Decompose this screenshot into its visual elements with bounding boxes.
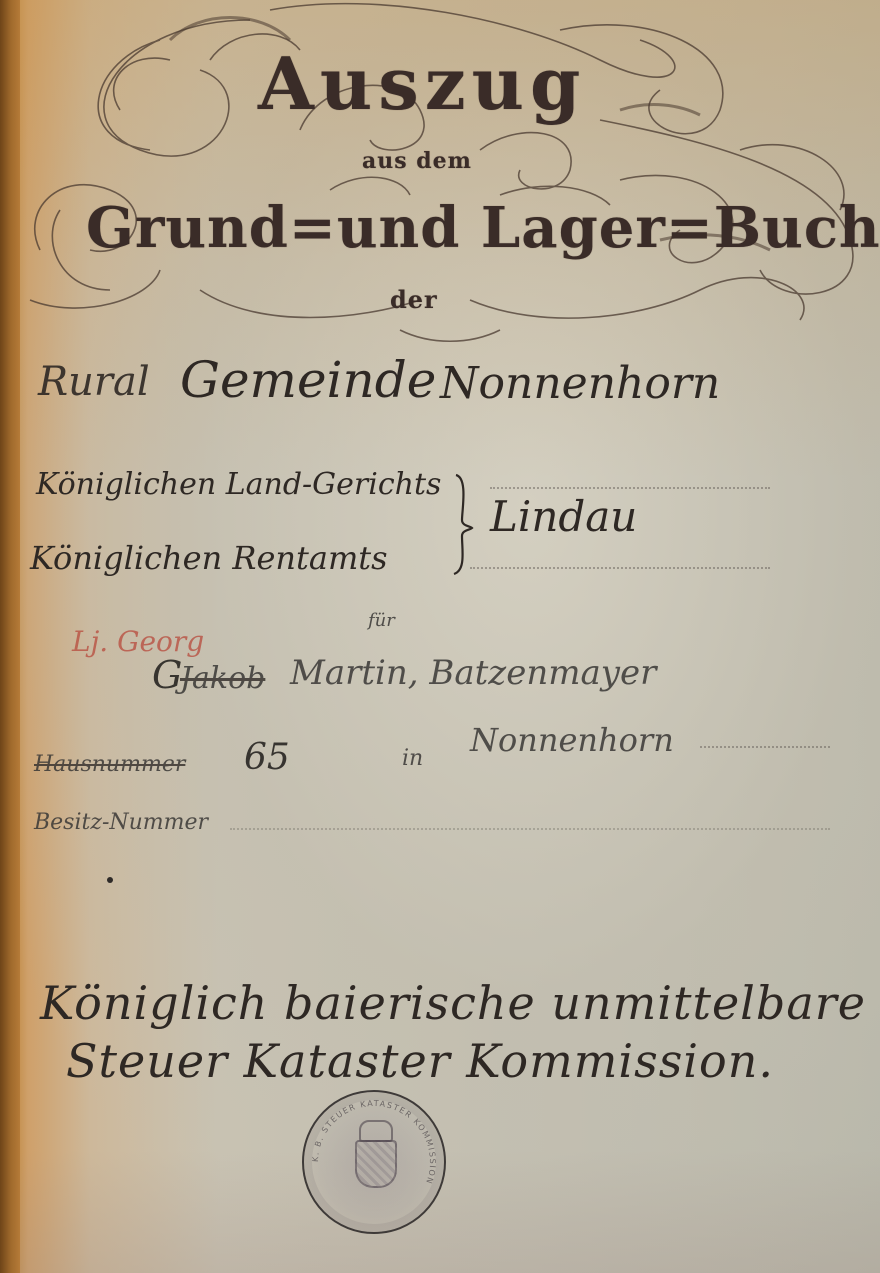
owner-name: Martin, Batzenmayer <box>290 656 656 690</box>
title-der: der <box>390 288 438 312</box>
curly-brace-icon <box>448 470 478 580</box>
court-fill-line <box>490 487 770 489</box>
house-location: Nonnenhorn <box>470 724 674 756</box>
community-label: Gemeinde <box>180 355 436 405</box>
coat-of-arms-icon <box>349 1120 399 1200</box>
title-grund-und-lager-buch: Grund=und Lager=Buch <box>86 200 880 256</box>
house-fill-line <box>700 746 830 748</box>
house-location-prefix: in <box>402 748 423 770</box>
owner-first-name-struck: Jakob <box>180 664 265 694</box>
owner-correction-above: für <box>368 612 395 630</box>
community-prefix: Rural <box>38 362 150 402</box>
crown-icon <box>359 1120 393 1142</box>
red-annotation: Lj. Georg <box>72 628 204 656</box>
ink-dot <box>107 877 113 883</box>
community-name: Nonnenhorn <box>440 362 720 406</box>
office-label: Königlichen Rentamts <box>30 542 388 574</box>
title-main: Auszug <box>258 48 586 120</box>
official-seal: K. B. STEUER KATASTER KOMMISSION <box>302 1090 446 1234</box>
office-fill-line <box>470 567 770 569</box>
jurisdiction-place: Lindau <box>490 496 637 538</box>
court-label: Königlichen Land-Gerichts <box>36 470 441 500</box>
owner-first-name-correction: G <box>152 656 182 694</box>
document-page: Auszug aus dem Grund=und Lager=Buch der … <box>0 0 880 1273</box>
authority-line-2: Steuer Kataster Kommission. <box>66 1038 774 1084</box>
house-label-struck: Hausnummer <box>34 754 185 776</box>
title-aus-dem: aus dem <box>362 150 472 172</box>
plot-fill-line <box>230 828 830 830</box>
house-number: 65 <box>244 740 290 776</box>
plot-label: Besitz-Nummer <box>34 812 208 834</box>
authority-line-1: Königlich baierische unmittelbare <box>40 980 866 1026</box>
shield-icon <box>355 1140 397 1188</box>
